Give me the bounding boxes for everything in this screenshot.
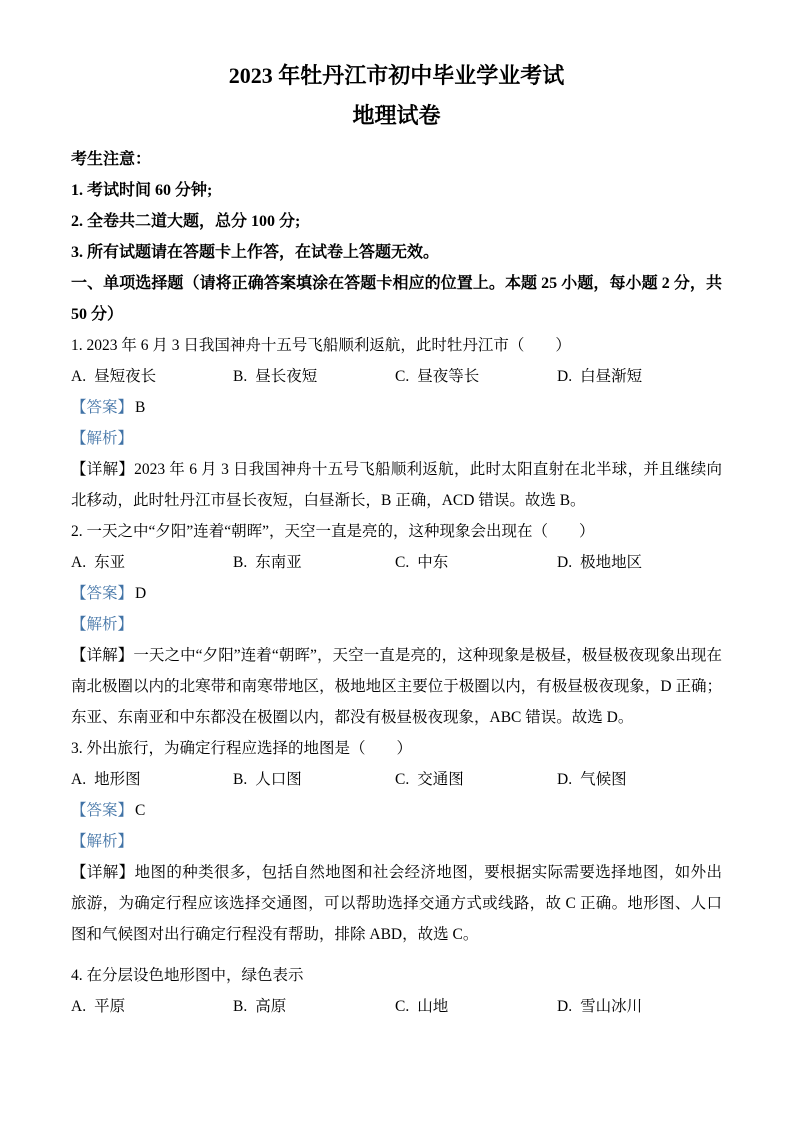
option-letter: A. bbox=[71, 771, 86, 788]
option-letter: C. bbox=[395, 368, 409, 385]
question-1-analysis-line: 【解析】 bbox=[71, 423, 722, 454]
option-text: 中东 bbox=[417, 554, 448, 571]
question-3-options: A.地形图 B.人口图 C.交通图 D.气候图 bbox=[71, 764, 722, 795]
option-letter: B. bbox=[233, 998, 247, 1015]
question-4-options: A.平原 B.高原 C.山地 D.雪山冰川 bbox=[71, 991, 722, 1022]
question-1-stem: 1. 2023 年 6 月 3 日我国神舟十五号飞船顺利返航，此时牡丹江市（ ） bbox=[71, 330, 722, 361]
notice-heading: 考生注意： bbox=[71, 144, 722, 175]
detail-label: 【详解】 bbox=[71, 647, 133, 664]
analysis-label: 【解析】 bbox=[71, 833, 133, 850]
question-1: 1. 2023 年 6 月 3 日我国神舟十五号飞船顺利返航，此时牡丹江市（ ）… bbox=[71, 330, 722, 516]
question-3-option-d: D.气候图 bbox=[557, 764, 722, 795]
exam-subtitle: 地理试卷 bbox=[71, 96, 722, 136]
answer-label: 【答案】 bbox=[71, 399, 133, 416]
question-2-detail: 【详解】一天之中“夕阳”连着“朝晖”，天空一直是亮的，这种现象是极昼，极昼极夜现… bbox=[71, 640, 722, 733]
question-1-option-b: B.昼长夜短 bbox=[233, 361, 395, 392]
option-text: 山地 bbox=[417, 998, 448, 1015]
question-2-analysis-line: 【解析】 bbox=[71, 609, 722, 640]
exam-title: 2023 年牡丹江市初中毕业学业考试 bbox=[71, 56, 722, 96]
candidate-notice: 考生注意： 1. 考试时间 60 分钟; 2. 全卷共二道大题，总分 100 分… bbox=[71, 144, 722, 268]
detail-text: 一天之中“夕阳”连着“朝晖”，天空一直是亮的，这种现象是极昼，极昼极夜现象出现在… bbox=[71, 647, 722, 726]
question-3-option-c: C.交通图 bbox=[395, 764, 557, 795]
option-text: 人口图 bbox=[255, 771, 302, 788]
option-text: 昼夜等长 bbox=[417, 368, 479, 385]
question-1-detail: 【详解】2023 年 6 月 3 日我国神舟十五号飞船顺利返航，此时太阳直射在北… bbox=[71, 454, 722, 516]
answer-value: C bbox=[135, 802, 145, 819]
question-1-answer-line: 【答案】B bbox=[71, 392, 722, 423]
question-3-option-b: B.人口图 bbox=[233, 764, 395, 795]
option-text: 高原 bbox=[255, 998, 286, 1015]
detail-label: 【详解】 bbox=[71, 461, 134, 478]
question-2-options: A.东亚 B.东南亚 C.中东 D.极地地区 bbox=[71, 547, 722, 578]
option-letter: C. bbox=[395, 554, 409, 571]
question-2-stem: 2. 一天之中“夕阳”连着“朝晖”，天空一直是亮的，这种现象会出现在（ ） bbox=[71, 516, 722, 547]
option-text: 平原 bbox=[94, 998, 125, 1015]
option-letter: D. bbox=[557, 554, 572, 571]
option-text: 白昼渐短 bbox=[580, 368, 642, 385]
option-text: 极地地区 bbox=[580, 554, 642, 571]
option-text: 雪山冰川 bbox=[580, 998, 642, 1015]
question-1-options: A.昼短夜长 B.昼长夜短 C.昼夜等长 D.白昼渐短 bbox=[71, 361, 722, 392]
option-letter: D. bbox=[557, 368, 572, 385]
option-text: 东亚 bbox=[94, 554, 125, 571]
option-letter: D. bbox=[557, 998, 572, 1015]
option-text: 地形图 bbox=[94, 771, 141, 788]
question-1-option-a: A.昼短夜长 bbox=[71, 361, 233, 392]
notice-item-3: 3. 所有试题请在答题卡上作答，在试卷上答题无效。 bbox=[71, 237, 722, 268]
detail-text: 地图的种类很多，包括自然地图和社会经济地图，要根据实际需要选择地图，如外出旅游，… bbox=[71, 864, 722, 943]
option-letter: A. bbox=[71, 554, 86, 571]
option-letter: B. bbox=[233, 368, 247, 385]
option-text: 交通图 bbox=[417, 771, 464, 788]
option-letter: C. bbox=[395, 771, 409, 788]
analysis-label: 【解析】 bbox=[71, 616, 133, 633]
question-1-option-d: D.白昼渐短 bbox=[557, 361, 722, 392]
option-letter: B. bbox=[233, 554, 247, 571]
analysis-label: 【解析】 bbox=[71, 430, 133, 447]
question-3-analysis-line: 【解析】 bbox=[71, 826, 722, 857]
section-heading: 一、单项选择题（请将正确答案填涂在答题卡相应的位置上。本题 25 小题，每小题 … bbox=[71, 268, 722, 330]
answer-label: 【答案】 bbox=[71, 585, 133, 602]
question-2-option-b: B.东南亚 bbox=[233, 547, 395, 578]
question-4-option-b: B.高原 bbox=[233, 991, 395, 1022]
question-4-option-a: A.平原 bbox=[71, 991, 233, 1022]
option-letter: A. bbox=[71, 998, 86, 1015]
detail-text: 2023 年 6 月 3 日我国神舟十五号飞船顺利返航，此时太阳直射在北半球，并… bbox=[71, 461, 722, 509]
question-2: 2. 一天之中“夕阳”连着“朝晖”，天空一直是亮的，这种现象会出现在（ ） A.… bbox=[71, 516, 722, 733]
question-3-detail: 【详解】地图的种类很多，包括自然地图和社会经济地图，要根据实际需要选择地图，如外… bbox=[71, 857, 722, 950]
answer-value: D bbox=[135, 585, 146, 602]
option-text: 昼长夜短 bbox=[255, 368, 317, 385]
question-3-answer-line: 【答案】C bbox=[71, 795, 722, 826]
option-letter: A. bbox=[71, 368, 86, 385]
question-3-option-a: A.地形图 bbox=[71, 764, 233, 795]
answer-value: B bbox=[135, 399, 145, 416]
notice-item-1: 1. 考试时间 60 分钟; bbox=[71, 175, 722, 206]
option-letter: C. bbox=[395, 998, 409, 1015]
question-2-option-c: C.中东 bbox=[395, 547, 557, 578]
question-2-answer-line: 【答案】D bbox=[71, 578, 722, 609]
notice-item-2: 2. 全卷共二道大题，总分 100 分; bbox=[71, 206, 722, 237]
question-3: 3. 外出旅行，为确定行程应选择的地图是（ ） A.地形图 B.人口图 C.交通… bbox=[71, 733, 722, 950]
question-1-option-c: C.昼夜等长 bbox=[395, 361, 557, 392]
exam-document-page: 2023 年牡丹江市初中毕业学业考试 地理试卷 考生注意： 1. 考试时间 60… bbox=[0, 0, 793, 1122]
question-4-option-d: D.雪山冰川 bbox=[557, 991, 722, 1022]
question-4-stem: 4. 在分层设色地形图中，绿色表示 bbox=[71, 960, 722, 991]
option-text: 气候图 bbox=[580, 771, 627, 788]
answer-label: 【答案】 bbox=[71, 802, 133, 819]
question-3-stem: 3. 外出旅行，为确定行程应选择的地图是（ ） bbox=[71, 733, 722, 764]
question-2-option-a: A.东亚 bbox=[71, 547, 233, 578]
option-text: 东南亚 bbox=[255, 554, 302, 571]
question-4: 4. 在分层设色地形图中，绿色表示 A.平原 B.高原 C.山地 D.雪山冰川 bbox=[71, 960, 722, 1022]
option-letter: B. bbox=[233, 771, 247, 788]
question-4-option-c: C.山地 bbox=[395, 991, 557, 1022]
option-text: 昼短夜长 bbox=[94, 368, 156, 385]
detail-label: 【详解】 bbox=[71, 864, 135, 881]
question-2-option-d: D.极地地区 bbox=[557, 547, 722, 578]
option-letter: D. bbox=[557, 771, 572, 788]
